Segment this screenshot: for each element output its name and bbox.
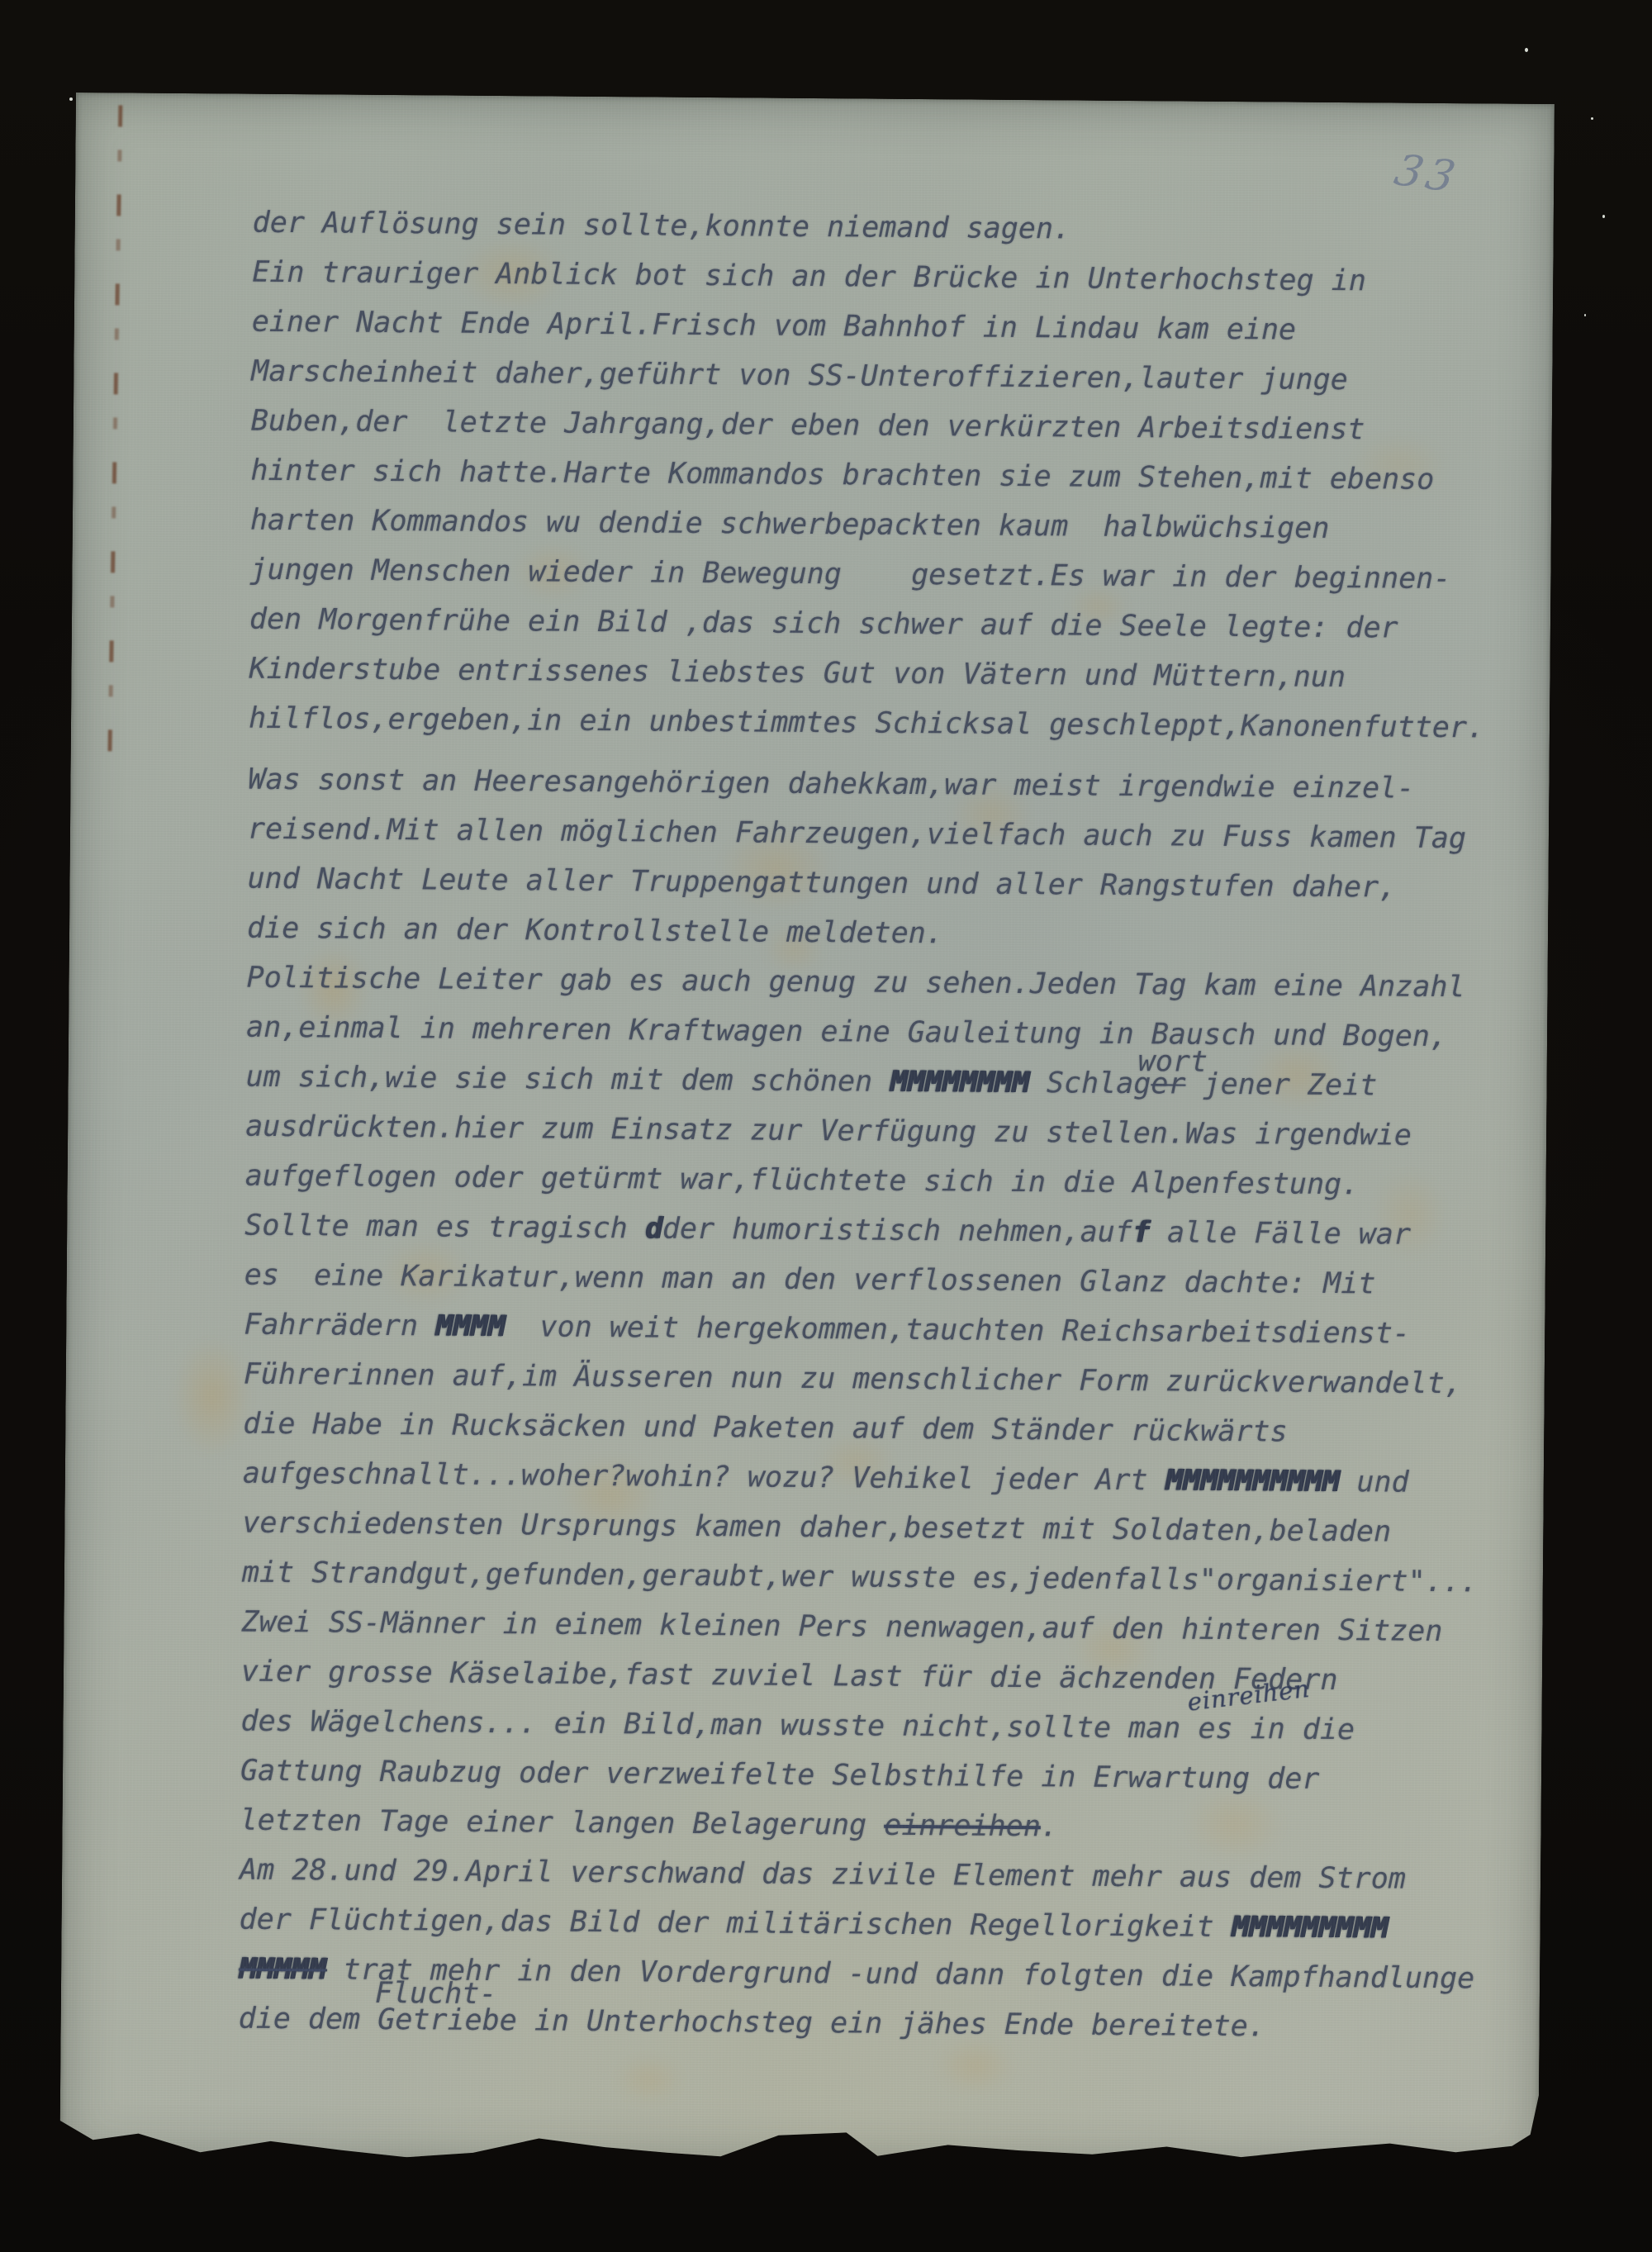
typed-text: Schlag	[1029, 1067, 1151, 1100]
typed-text: Was sonst an Heeresangehörigen dahekkam,…	[248, 763, 1414, 805]
typewritten-line: Kinderstube entrissenes liebstes Gut von…	[249, 653, 1346, 694]
typed-text: Politische Leiter gab es auch genug zu s…	[246, 962, 1464, 1005]
dust-speck	[1602, 215, 1605, 218]
typewritten-line: der Auflösung sein sollte,konnte niemand…	[253, 207, 1071, 246]
typed-text: .	[1041, 1810, 1058, 1843]
typed-text: trat mehr in den Vordergrund -und dann f…	[325, 1953, 1474, 1995]
typed-text: in die	[1232, 1713, 1355, 1746]
typed-text: die sich an der Kontrollstelle meldeten.	[247, 912, 943, 951]
typewritten-line: Buben,der letzte Jahrgang,der eben den v…	[251, 405, 1365, 447]
typewritten-line: aufgeflogen oder getürmt war,flüchtete s…	[245, 1160, 1360, 1202]
typed-text: Am 28.und 29.April verschwand das zivile…	[240, 1854, 1406, 1896]
typewritten-line: Führerinnen auf,im Äusseren nun zu mensc…	[244, 1358, 1462, 1401]
typewritten-line: einer Nacht Ende April.Frisch vom Bahnho…	[252, 306, 1297, 347]
typed-text: ausdrückten.hier zum Einsatz zur Verfügu…	[245, 1110, 1412, 1152]
typed-text: die Habe in Rucksäcken und Paketen auf d…	[243, 1408, 1288, 1449]
typed-text: Zwei SS-Männer in einem kleinen Pers nen…	[241, 1606, 1442, 1648]
typed-text: letzten Tage einer langen Belagerung	[240, 1804, 884, 1842]
typewritten-line: Ein trauriger Anblick bot sich an der Br…	[252, 256, 1366, 298]
typed-text: es eine Karikatur,wenn man an den verflo…	[244, 1259, 1376, 1301]
dust-speck	[1584, 314, 1586, 316]
typewritten-line: die Habe in Rucksäcken und Paketen auf d…	[243, 1408, 1288, 1449]
typewritten-line: harten Kommandos wu dendie schwerbepackt…	[250, 504, 1330, 545]
text-block: Flucht- der Auflösung sein sollte,konnte…	[59, 93, 1555, 2171]
dust-speck	[1591, 117, 1593, 120]
typed-text: Marscheinheit daher,geführt von SS-Unter…	[251, 355, 1348, 397]
typed-text: der Flüchtigen,das Bild der militärische…	[239, 1903, 1231, 1944]
typed-text: von weit hergekommen,tauchten Reichsarbe…	[505, 1310, 1410, 1351]
typed-text: Ein trauriger Anblick bot sich an der Br…	[252, 256, 1366, 298]
typewritten-line: an,einmal in mehreren Kraftwagen eine Ga…	[246, 1011, 1447, 1053]
typed-ov-segment: MMMMMMMMMM	[1165, 1464, 1339, 1499]
typewritten-line: und Nacht Leute aller Truppengattungen u…	[247, 862, 1396, 905]
typewritten-line: um sich,wie sie sich mit dem schönen MMM…	[245, 1061, 1377, 1103]
typed-text: und	[1339, 1466, 1409, 1499]
typed-text: einer Nacht Ende April.Frisch vom Bahnho…	[252, 306, 1297, 347]
typed-text: Buben,der letzte Jahrgang,der eben den v…	[251, 405, 1365, 447]
typewritten-line: Am 28.und 29.April verschwand das zivile…	[240, 1854, 1406, 1896]
typed-ov-segment: f	[1132, 1216, 1150, 1249]
typed-text: Kinderstube entrissenes liebstes Gut von…	[249, 653, 1346, 694]
typewritten-line: verschiedensten Ursprungs kamen daher,be…	[242, 1507, 1391, 1549]
typewritten-line: den Morgenfrühe ein Bild ,das sich schwe…	[249, 603, 1398, 645]
typed-text: Führerinnen auf,im Äusseren nun zu mensc…	[244, 1358, 1462, 1401]
typewritten-line: Politische Leiter gab es auch genug zu s…	[246, 962, 1464, 1005]
typewritten-line: die sich an der Kontrollstelle meldeten.	[247, 912, 943, 951]
typewritten-line: hinter sich hatte.Harte Kommandos bracht…	[250, 454, 1434, 496]
typed-text: aufgeschnallt...woher?wohin? wozu? Vehik…	[243, 1457, 1165, 1498]
typed-text: Fahrrädern	[244, 1309, 435, 1343]
typed-ov-segment: MMMMMMMMM	[1232, 1911, 1389, 1945]
scanned-document-background: 33 Flucht- der Auflösung sein sollte,kon…	[0, 0, 1652, 2252]
typewritten-line: Sollte man es tragisch dder humoristisch…	[244, 1209, 1411, 1252]
typewritten-line: es eine Karikatur,wenn man an den verflo…	[244, 1259, 1376, 1301]
typewritten-line: jungen Menschen wieder in Bewegung geset…	[249, 553, 1450, 596]
typed-text: und Nacht Leute aller Truppengattungen u…	[247, 862, 1396, 905]
typewritten-line: vier grosse Käselaibe,fast zuviel Last f…	[241, 1656, 1338, 1697]
typed-ov-segment: d	[645, 1212, 662, 1245]
typed-pen-segment: einreihen	[884, 1809, 1041, 1843]
typewritten-line: hilflos,ergeben,in ein unbestimmtes Schi…	[249, 702, 1484, 745]
typewritten-line: Zwei SS-Männer in einem kleinen Pers nen…	[241, 1606, 1442, 1648]
typed-ov-segment: MMMMMMMM	[890, 1066, 1029, 1100]
typed-text: jener Zeit	[1185, 1068, 1377, 1103]
typed-text: um sich,wie sie sich mit dem schönen	[245, 1061, 890, 1099]
typed-text: den Morgenfrühe ein Bild ,das sich schwe…	[249, 603, 1398, 645]
typewritten-line: letzten Tage einer langen Belagerung ein…	[240, 1804, 1058, 1844]
typed-text: vier grosse Käselaibe,fast zuviel Last f…	[241, 1656, 1338, 1697]
typed-text: die dem Getriebe in Unterhochsteg ein jä…	[239, 2003, 1266, 2044]
typed-text: der humoristisch nehmen,auf	[662, 1213, 1132, 1249]
typewritten-line: reisend.Mit allen möglichen Fahrzeugen,v…	[248, 813, 1466, 856]
typewritten-line: Marscheinheit daher,geführt von SS-Unter…	[251, 355, 1348, 397]
typed-text: Sollte man es tragisch	[244, 1209, 645, 1246]
typewritten-line: der Flüchtigen,das Bild der militärische…	[239, 1903, 1388, 1946]
typed-text: hinter sich hatte.Harte Kommandos bracht…	[250, 454, 1434, 496]
typewritten-line: mit Strandgut,gefunden,geraubt,wer wusst…	[242, 1556, 1478, 1599]
dust-speck	[1525, 48, 1528, 52]
dust-speck	[69, 97, 73, 101]
typed-text: des Wägelchens... ein Bild,man wusste ni…	[240, 1705, 1232, 1746]
page-number-handwritten: 33	[1390, 146, 1464, 203]
typed-text: der Auflösung sein sollte,konnte niemand…	[253, 207, 1071, 246]
typewritten-line: des Wägelchens... ein Bild,man wusste ni…	[240, 1705, 1355, 1748]
typed-text: alle Fälle war	[1150, 1216, 1411, 1251]
typewritten-line: Gattung Raubzug oder verzweifelte Selbst…	[240, 1755, 1320, 1796]
typed-text: an,einmal in mehreren Kraftwagen eine Ga…	[246, 1011, 1447, 1053]
typed-text: mit Strandgut,gefunden,geraubt,wer wusst…	[242, 1556, 1478, 1599]
document-page: 33 Flucht- der Auflösung sein sollte,kon…	[59, 93, 1555, 2171]
typewritten-line: aufgeschnallt...woher?wohin? wozu? Vehik…	[243, 1457, 1409, 1499]
typewritten-line: ausdrückten.hier zum Einsatz zur Verfügu…	[245, 1110, 1412, 1152]
typed-text: reisend.Mit allen möglichen Fahrzeugen,v…	[248, 813, 1466, 856]
typewritten-line: Fahrrädern MMMM von weit hergekommen,tau…	[244, 1309, 1410, 1351]
typed-ov-segment: MMMM	[435, 1309, 506, 1343]
typed-text: Gattung Raubzug oder verzweifelte Selbst…	[240, 1755, 1320, 1796]
typed-text: harten Kommandos wu dendie schwerbepackt…	[250, 504, 1330, 545]
typewritten-line: Was sonst an Heeresangehörigen dahekkam,…	[248, 763, 1414, 805]
typed-text: verschiedensten Ursprungs kamen daher,be…	[242, 1507, 1391, 1549]
typed-text: aufgeflogen oder getürmt war,flüchtete s…	[245, 1160, 1360, 1202]
typewritten-line: die dem Getriebe in Unterhochsteg ein jä…	[239, 2003, 1266, 2044]
typed-text: jungen Menschen wieder in Bewegung geset…	[249, 553, 1450, 596]
typed-text: hilflos,ergeben,in ein unbestimmtes Schi…	[249, 702, 1484, 745]
typed-ovs-segment: MMMMM	[239, 1953, 326, 1987]
